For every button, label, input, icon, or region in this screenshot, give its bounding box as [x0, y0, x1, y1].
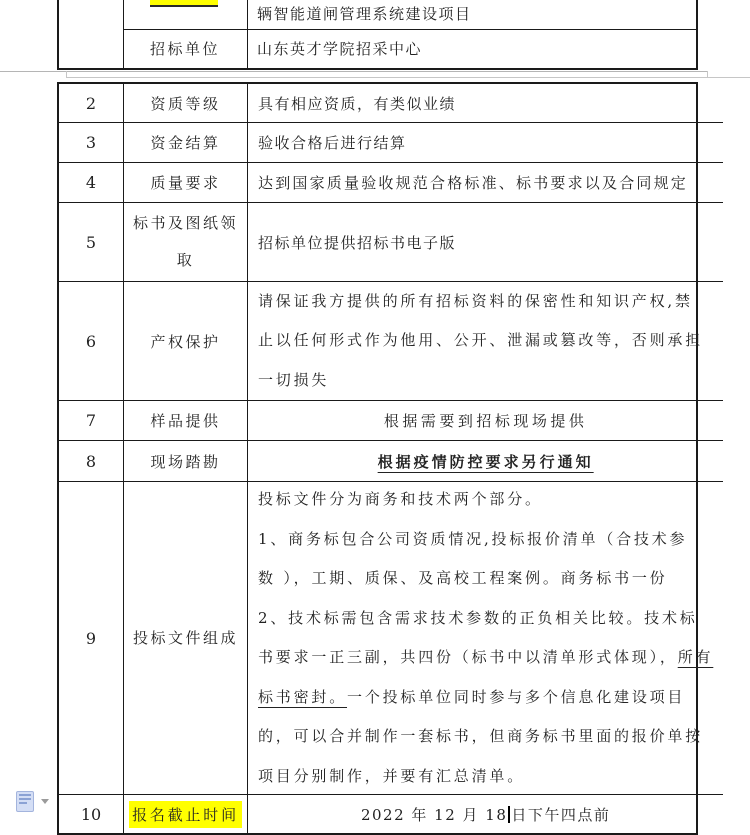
paste-options-document-icon: [16, 791, 34, 812]
text-cursor: [508, 806, 510, 823]
row-label[interactable]: 样品提供: [123, 400, 247, 440]
row-number[interactable]: 4: [59, 162, 123, 202]
row-content-line: 请保证我方提供的所有招标资料的保密性和知识产权,禁: [258, 282, 693, 322]
row-number-text: 9: [86, 629, 96, 648]
org-label[interactable]: 招标单位: [123, 38, 247, 59]
deadline-date-text: 2022 年 12 月 18: [361, 804, 507, 825]
page-break-line: [707, 71, 708, 78]
row-number-text: 8: [86, 452, 96, 471]
row-content-text: 根据需要到招标现场提供: [384, 410, 588, 431]
project-name-continuation[interactable]: 辆智能道闸管理系统建设项目: [257, 3, 472, 24]
row-content[interactable]: 2022 年 12 月 18日下午四点前: [247, 794, 723, 833]
text-segment: 书要求一正三副，共四份（标书中以清单形式体现），: [258, 648, 678, 666]
row-content-line: 1、商务标包合公司资质情况,投标报价清单（合技术参: [258, 520, 687, 560]
row-label-text: 资质等级: [150, 93, 220, 114]
row-number-text: 10: [81, 805, 101, 824]
row-content-line: 标书密封。一个投标单位同时参与多个信息化建设项目: [258, 678, 685, 718]
row-content-text: 达到国家质量验收规范合格标准、标书要求以及合同规定: [258, 172, 688, 193]
row-number-text: 7: [86, 411, 96, 430]
row-number[interactable]: 5: [59, 202, 123, 281]
row-content[interactable]: 达到国家质量验收规范合格标准、标书要求以及合同规定: [247, 162, 723, 202]
text-segment: 一个投标单位同时参与多个信息化建设项目: [347, 688, 685, 706]
paste-options-button[interactable]: [14, 790, 54, 814]
row-label[interactable]: 产权保护: [123, 281, 247, 400]
row-content-line: 投标文件分为商务和技术两个部分。: [258, 480, 543, 520]
row-label[interactable]: 资质等级: [123, 84, 247, 122]
row-number-text: 3: [86, 133, 96, 152]
underlined-text-segment: 标书密封。: [258, 688, 347, 706]
row-number-text: 2: [86, 94, 96, 113]
row-label[interactable]: 现场踏勘: [123, 440, 247, 481]
row-label[interactable]: 报名截止时间: [123, 794, 247, 833]
underlined-text-segment: 所有: [678, 648, 714, 666]
row-label-text: 标书及图纸领取: [132, 205, 240, 279]
deadline-time-text: 日下午四点前: [511, 804, 610, 825]
row-label-text: 资金结算: [150, 132, 220, 153]
row-content-line: 止以任何形式作为他用、公开、泄漏或篡改等，否则承担: [258, 321, 703, 361]
row-label-text: 质量要求: [150, 172, 220, 193]
row-content[interactable]: 投标文件分为商务和技术两个部分。 1、商务标包合公司资质情况,投标报价清单（合技…: [247, 481, 723, 794]
page-break-line: [0, 71, 708, 72]
row-content-text: 具有相应资质，有类似业绩: [258, 93, 456, 114]
row-content-line: 一切损失: [258, 361, 329, 401]
row-content[interactable]: 根据需要到招标现场提供: [247, 400, 723, 440]
row-content[interactable]: 招标单位提供招标书电子版: [247, 202, 723, 281]
highlighted-label-tail: [150, 0, 218, 7]
row-content[interactable]: 请保证我方提供的所有招标资料的保密性和知识产权,禁 止以任何形式作为他用、公开、…: [247, 281, 723, 400]
row-content-text: 招标单位提供招标书电子版: [258, 232, 456, 253]
row-number-text: 6: [86, 332, 96, 351]
dropdown-arrow-icon: [41, 799, 49, 804]
row-number[interactable]: 8: [59, 440, 123, 481]
row-content[interactable]: 具有相应资质，有类似业绩: [247, 84, 723, 122]
row-content-line: 书要求一正三副，共四份（标书中以清单形式体现），所有: [258, 638, 713, 678]
row-content[interactable]: 验收合格后进行结算: [247, 122, 723, 162]
row-number[interactable]: 7: [59, 400, 123, 440]
row-content-text: 验收合格后进行结算: [258, 132, 407, 153]
prev-page-table: 辆智能道闸管理系统建设项目 招标单位 山东英才学院招采中心: [57, 0, 698, 70]
row-content[interactable]: 根据疫情防控要求另行通知: [247, 440, 723, 481]
row-label-text: 样品提供: [150, 410, 220, 431]
row-number-text: 4: [86, 173, 96, 192]
row-number[interactable]: 10: [59, 794, 123, 833]
row-label[interactable]: 资金结算: [123, 122, 247, 162]
row-number[interactable]: 9: [59, 481, 123, 794]
row-number[interactable]: 6: [59, 281, 123, 400]
row-content-line: 的，可以合并制作一套标书，但商务标书里面的报价单按: [258, 717, 703, 757]
page-break-line: [66, 71, 67, 78]
row-divider: [123, 29, 696, 30]
row-number[interactable]: 3: [59, 122, 123, 162]
row-content-line: 项目分别制作，并要有汇总清单。: [258, 757, 525, 797]
column-divider: [247, 0, 248, 68]
page-break-line: [66, 77, 750, 78]
row-label-text: 产权保护: [150, 331, 220, 352]
row-content-text: 根据疫情防控要求另行通知: [378, 451, 594, 472]
row-label[interactable]: 投标文件组成: [123, 481, 247, 794]
bid-requirements-table: 2 资质等级 具有相应资质，有类似业绩 3 资金结算 验收合格后进行结算 4 质…: [57, 82, 698, 835]
row-label[interactable]: 标书及图纸领取: [123, 202, 247, 281]
row-number-text: 5: [86, 233, 96, 252]
row-label-text: 投标文件组成: [132, 620, 240, 657]
row-label[interactable]: 质量要求: [123, 162, 247, 202]
row-number[interactable]: 2: [59, 84, 123, 122]
highlighted-label: 报名截止时间: [129, 801, 242, 828]
org-value[interactable]: 山东英才学院招采中心: [257, 38, 422, 59]
row-label-text: 现场踏勘: [150, 451, 220, 472]
row-content-line: 2、技术标需包含需求技术参数的正负相关比较。技术标: [258, 599, 698, 639]
row-content-line: 数 ），工期、质保、及高校工程案例。商务标书一份: [258, 559, 667, 599]
